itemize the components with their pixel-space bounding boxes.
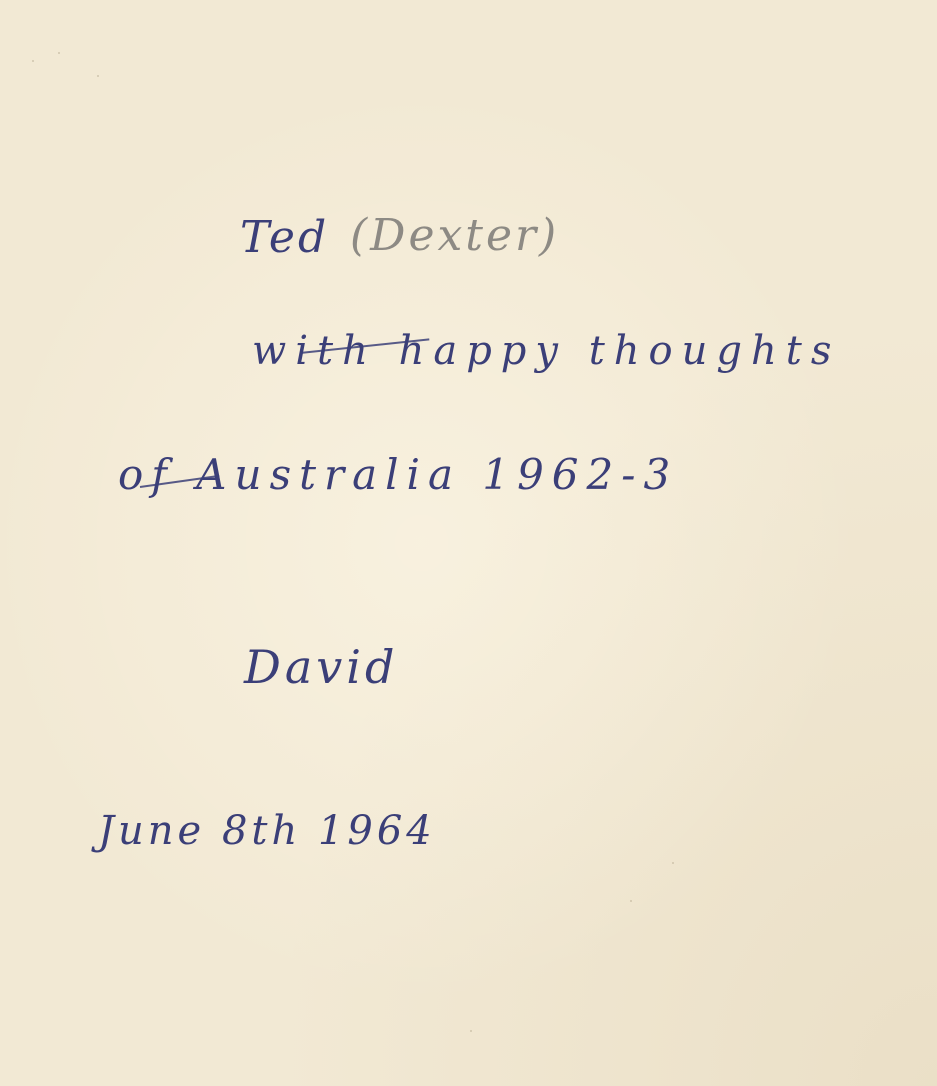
paper-page: Ted (Dexter) with happy thoughts of Aust… [0, 0, 937, 1086]
inscription-date: June 8th 1964 [98, 808, 436, 854]
paper-speck [672, 862, 674, 864]
inscription-recipient: Ted [240, 212, 329, 263]
paper-speck [58, 52, 60, 54]
inscription-line-2: with happy thoughts [252, 328, 840, 374]
inscription-line-3: of Australia 1962-3 [118, 450, 678, 499]
paper-speck [32, 60, 34, 62]
paper-speck [97, 75, 99, 77]
signature: David [244, 640, 398, 694]
inscription-recipient-note: (Dexter) [350, 210, 559, 261]
paper-speck [630, 900, 632, 902]
paper-speck [470, 1030, 472, 1032]
